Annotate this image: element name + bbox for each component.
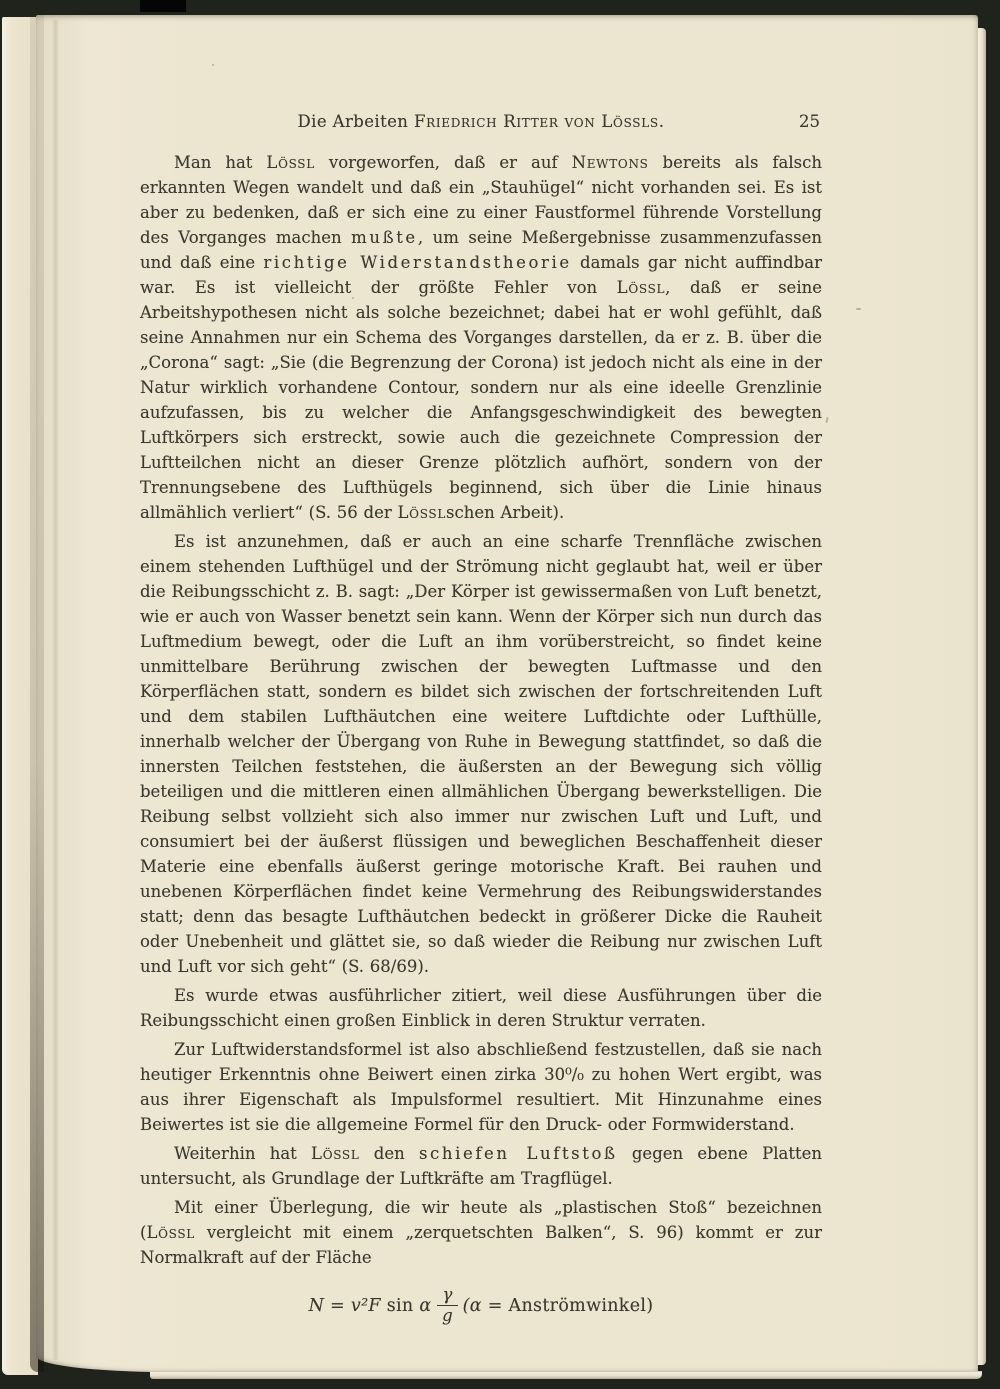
text-segment: Es wurde etwas ausführlicher zitiert, we… [140, 986, 822, 1030]
running-title: Die Arbeiten Friedrich Ritter von Lössls… [140, 112, 822, 131]
gutter-crease-line [52, 20, 59, 1360]
smallcaps-name: Lössl [617, 278, 666, 297]
page-stack-edge-bottom [150, 1371, 982, 1379]
formula-normalkraft: N = v²F sin αγg(α = Anströmwinkel) [140, 1286, 822, 1325]
scanner-clip-mark [140, 0, 186, 12]
page-number: 25 [799, 112, 820, 131]
paragraph: Mit einer Überlegung, die wir heute als … [140, 1195, 822, 1270]
text-segment: Weiterhin hat [174, 1144, 311, 1163]
page-stack-edge-right [977, 28, 986, 1365]
smallcaps-name: Lössl [398, 503, 447, 522]
emphasis-spaced-text: richtige Widerstandstheorie [263, 253, 571, 272]
formula-rhs-open: (α = [463, 1296, 509, 1316]
text-segment: vergleicht mit einem „zerquetschten Balk… [140, 1223, 822, 1267]
binding-gutter-shadow [30, 15, 44, 1372]
scanned-book-page: Die Arbeiten Friedrich Ritter von Lössls… [0, 0, 1000, 1389]
text-segment: , daß er seine Arbeitshypothesen nicht a… [140, 278, 822, 522]
running-title-names: Friedrich Ritter von Lössls [414, 112, 659, 131]
paragraph: Es ist anzunehmen, daß er auch an eine s… [140, 529, 822, 979]
paragraph: Es wurde etwas ausführlicher zitiert, we… [140, 983, 822, 1033]
formula-lhs: N = v²F [309, 1296, 381, 1316]
paragraph: Zur Luftwiderstandsformel ist also absch… [140, 1037, 822, 1137]
emphasis-spaced-text: mußte [351, 228, 418, 247]
formula-sin: sin [381, 1296, 419, 1316]
running-title-prefix: Die Arbeiten [298, 112, 414, 131]
fraction-numerator: γ [437, 1286, 457, 1306]
smallcaps-name: Lössl [146, 1223, 195, 1242]
dust-speck [856, 308, 861, 310]
body-text: Man hat Lössl vorgeworfen, daß er auf Ne… [140, 150, 822, 1270]
text-segment: Zur Luftwiderstandsformel ist also absch… [140, 1040, 822, 1134]
fraction-denominator: g [437, 1306, 457, 1325]
dust-speck [212, 64, 214, 66]
text-segment: Es ist anzunehmen, daß er auch an eine s… [140, 532, 822, 976]
formula-rhs-word: Anströmwinkel) [509, 1296, 654, 1316]
paragraph: Weiterhin hat Lössl den schiefen Luftsto… [140, 1141, 822, 1191]
smallcaps-name: Newtons [572, 153, 649, 172]
smallcaps-name: Lössl [311, 1144, 360, 1163]
running-title-suffix: . [659, 112, 665, 131]
page-text: Die Arbeiten Friedrich Ritter von Lössls… [140, 112, 822, 1325]
formula-fraction: γg [437, 1286, 457, 1325]
paragraph: Man hat Lössl vorgeworfen, daß er auf Ne… [140, 150, 822, 525]
formula-alpha: α [419, 1296, 431, 1316]
page-header: Die Arbeiten Friedrich Ritter von Lössls… [140, 112, 822, 138]
smallcaps-name: Lössl [266, 153, 315, 172]
emphasis-spaced-text: schiefen Luftstoß [419, 1144, 618, 1163]
text-segment: den [360, 1144, 419, 1163]
text-segment: schen Arbeit). [446, 503, 564, 522]
text-segment: Man hat [174, 153, 266, 172]
text-segment: vorgeworfen, daß er auf [315, 153, 572, 172]
